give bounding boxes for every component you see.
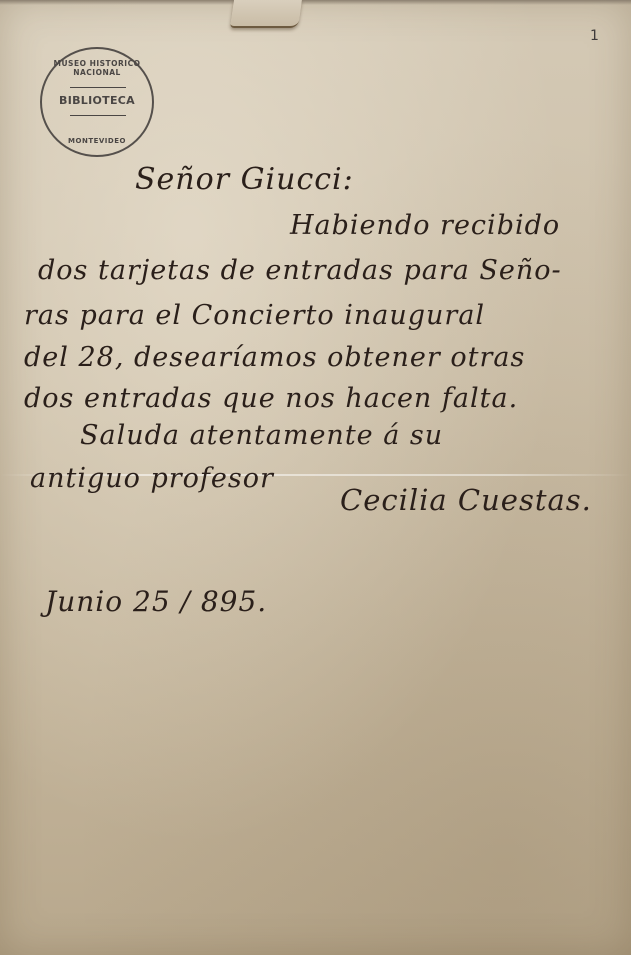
body-line-7: antiguo profesor [30, 463, 274, 494]
body-line-6: Saluda atentamente á su [80, 420, 443, 451]
letter-page: 1 MUSEO HISTORICO NACIONAL BIBLIOTECA MO… [0, 0, 631, 955]
page-number: 1 [590, 28, 599, 44]
stamp-center-text: BIBLIOTECA [42, 94, 152, 107]
body-line-5: dos entradas que nos hacen falta. [24, 383, 518, 414]
body-line-3: ras para el Concierto inaugural [24, 300, 485, 331]
folded-paper-tab [230, 0, 302, 28]
signature: Cecilia Cuestas. [340, 483, 592, 517]
stamp-bottom-text: MONTEVIDEO [42, 137, 152, 145]
body-line-2: dos tarjetas de entradas para Seño- [38, 255, 562, 286]
body-line-1: Habiendo recibido [290, 210, 560, 241]
page-top-edge [0, 0, 631, 5]
body-line-4: del 28, desearíamos obtener otras [24, 342, 525, 373]
stamp-rule-top [70, 87, 126, 88]
salutation: Señor Giucci: [135, 162, 354, 197]
stamp-top-text: MUSEO HISTORICO NACIONAL [42, 59, 152, 77]
stamp-rule-bottom [70, 115, 126, 116]
letter-date: Junio 25 / 895. [45, 585, 267, 618]
library-stamp: MUSEO HISTORICO NACIONAL BIBLIOTECA MONT… [40, 47, 154, 157]
